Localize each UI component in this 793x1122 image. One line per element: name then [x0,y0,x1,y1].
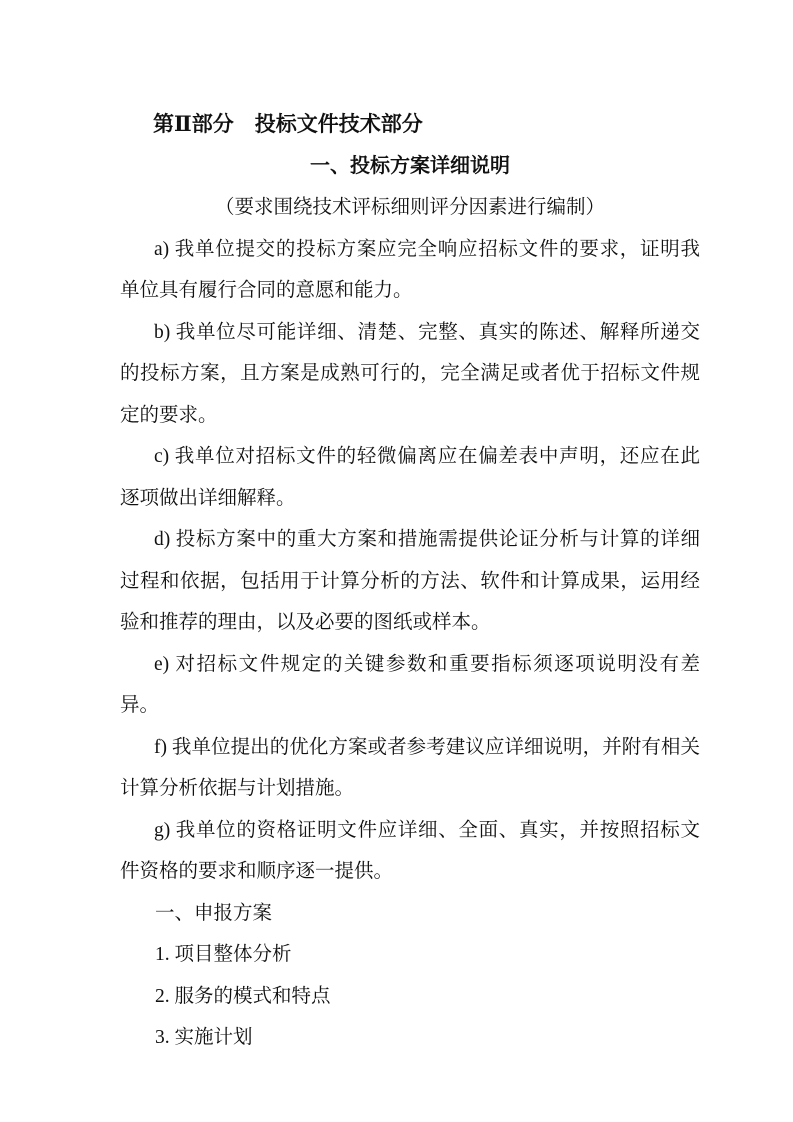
document-page: 第Ⅱ部分 投标文件技术部分 一、投标方案详细说明 （要求围绕技术评标细则评分因素… [0,0,793,1122]
paragraph-d: d) 投标方案中的重大方案和措施需提供论证分析与计算的详细过程和依据，包括用于计… [120,519,700,644]
paragraph-e: e) 对招标文件规定的关键参数和重要指标须逐项说明没有差异。 [120,644,700,727]
section-title: 一、投标方案详细说明 [120,146,700,188]
paragraph-c: c) 我单位对招标文件的轻微偏离应在偏差表中声明，还应在此逐项做出详细解释。 [120,436,700,519]
paragraph-f: f) 我单位提出的优化方案或者参考建议应详细说明，并附有相关计算分析依据与计划措… [120,727,700,810]
outline-item: 1. 项目整体分析 [120,934,700,976]
outline-item: 3. 实施计划 [120,1017,700,1059]
part-title: 第Ⅱ部分 投标文件技术部分 [120,104,700,146]
paragraph-a: a) 我单位提交的投标方案应完全响应招标文件的要求，证明我单位具有履行合同的意愿… [120,229,700,312]
outline-section: 一、申报方案 1. 项目整体分析 2. 服务的模式和特点 3. 实施计划 [120,893,700,1059]
outline-item: 2. 服务的模式和特点 [120,976,700,1018]
section-note: （要求围绕技术评标细则评分因素进行编制） [120,187,700,229]
outline-heading: 一、申报方案 [120,893,700,935]
paragraph-g: g) 我单位的资格证明文件应详细、全面、真实，并按照招标文件资格的要求和顺序逐一… [120,810,700,893]
paragraph-b: b) 我单位尽可能详细、清楚、完整、真实的陈述、解释所递交的投标方案，且方案是成… [120,312,700,437]
